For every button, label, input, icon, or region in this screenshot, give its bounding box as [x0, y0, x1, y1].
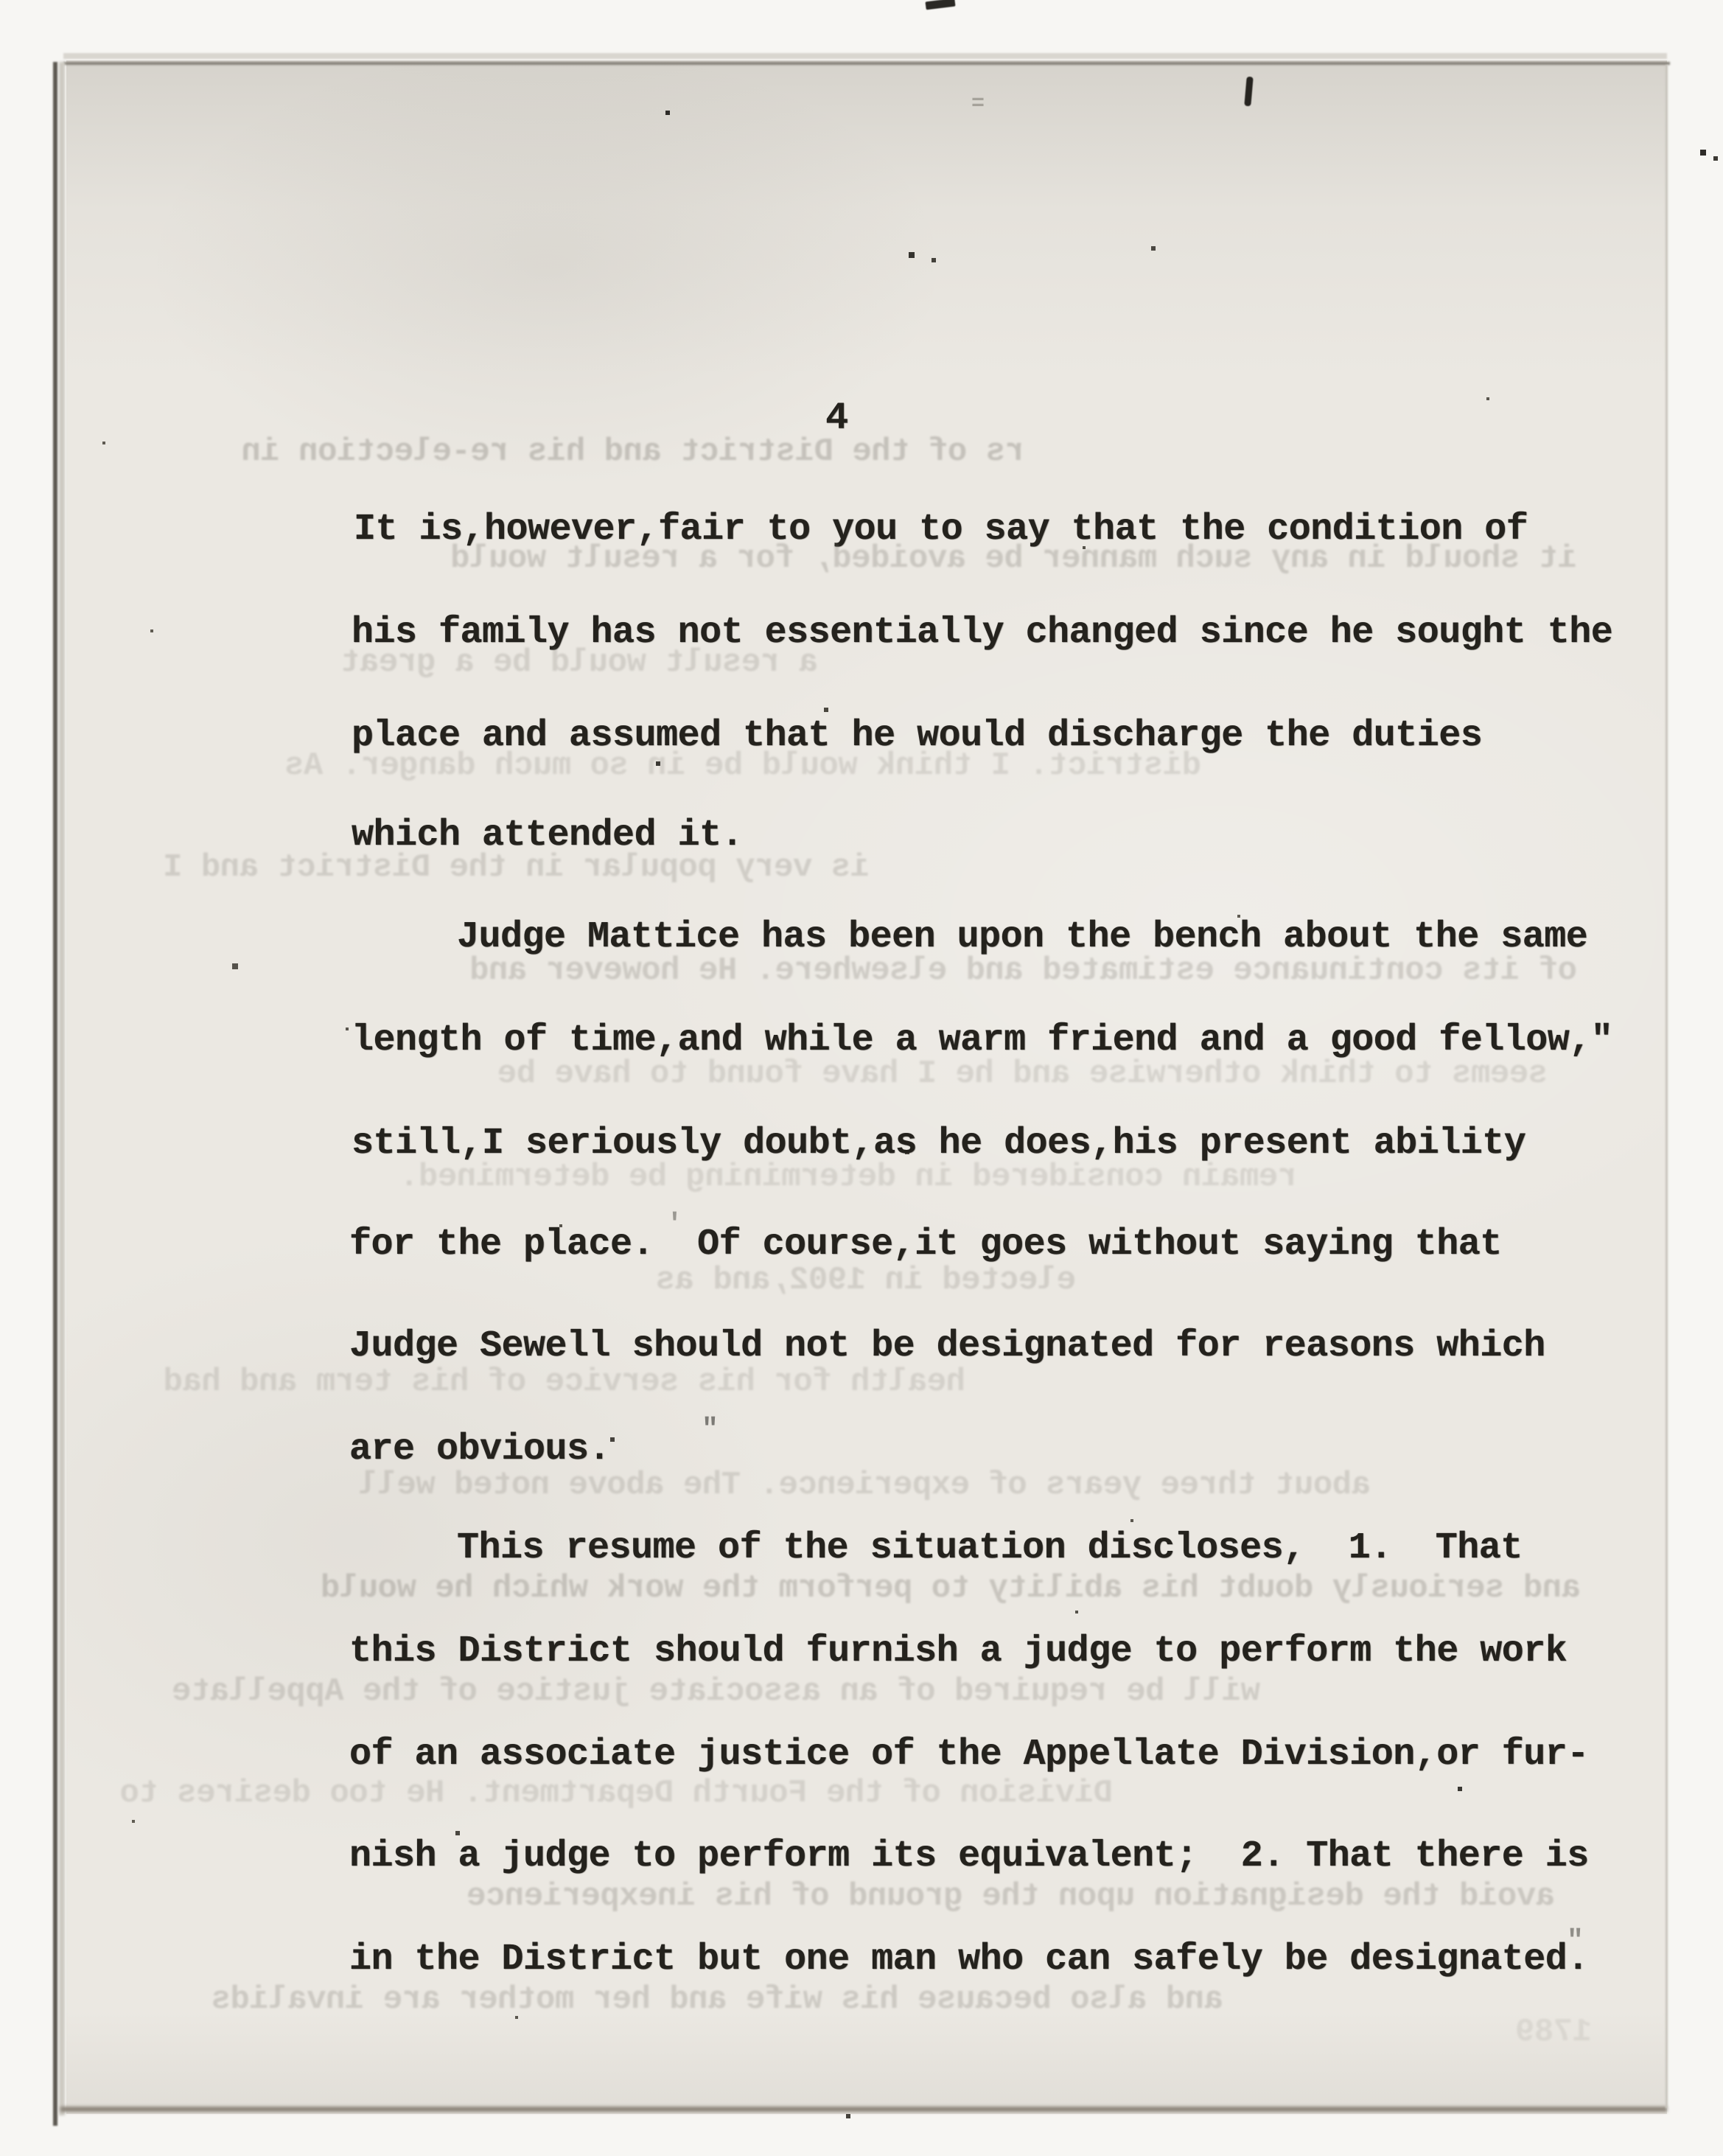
- ink-smudge-mark: [925, 0, 955, 10]
- bleedthrough-line: a result would be a great: [340, 644, 818, 681]
- typed-line: nish a judge to perform its equivalent; …: [349, 1835, 1589, 1877]
- typed-line: Judge Sewell should not be designated fo…: [349, 1325, 1545, 1367]
- bleedthrough-line: elected in 1902,and as: [656, 1262, 1076, 1299]
- bleedthrough-line: avoid the designation upon the ground of…: [466, 1878, 1555, 1915]
- typed-line: in the District but one man who can safe…: [349, 1939, 1589, 1981]
- bleedthrough-line: rs of the District and his re-election i…: [242, 433, 1024, 470]
- paper-left-edge-shadow: [53, 62, 57, 2126]
- faint-equals-mark: =: [971, 91, 985, 116]
- bleedthrough-line: it should in any such manner be avoided,…: [451, 540, 1577, 577]
- typed-line: for the place. Of course,it goes without…: [349, 1224, 1502, 1266]
- bleedthrough-line: of its continuance estimated and elsewhe…: [470, 952, 1577, 989]
- paper-specks: [0, 0, 1, 1]
- typed-line: are obvious.: [349, 1428, 610, 1471]
- bleedthrough-line: and also because his wife and her mother…: [212, 1981, 1223, 2018]
- bleedthrough-line: district. I think would be in so much da…: [285, 747, 1201, 784]
- bleedthrough-line: seems to think otherwise and he I have f…: [497, 1056, 1548, 1092]
- typed-line: This resume of the situation discloses, …: [457, 1527, 1523, 1569]
- bleedthrough-line: health for his service of his term and h…: [164, 1364, 965, 1400]
- typed-line: of an associate justice of the Appellate…: [349, 1734, 1589, 1776]
- typed-line: this District should furnish a judge to …: [349, 1630, 1567, 1672]
- bleedthrough-line: Division of the Fourth Department. He to…: [120, 1775, 1113, 1812]
- bleedthrough-line: will be required of an associate justice…: [172, 1673, 1260, 1710]
- bleedthrough-line: and seriously doubt his ability to perfo…: [321, 1570, 1581, 1607]
- scanned-document: = 4 It is,however,fair to you to say tha…: [0, 0, 1723, 2156]
- paper-left-edge-highlight: [59, 62, 65, 2115]
- stray-mark: ": [702, 1414, 719, 1445]
- bleedthrough-line: remain considered in determining be dete…: [399, 1159, 1297, 1196]
- bleedthrough-line: 1789: [1515, 2014, 1592, 2051]
- paper-top-edge-highlight: [63, 53, 1667, 59]
- stray-mark: ': [666, 1209, 683, 1241]
- stray-mark: ": [1567, 1925, 1584, 1957]
- bleedthrough-line: is very popular in the District and I: [164, 849, 870, 886]
- bleedthrough-line: about three years of experience. The abo…: [359, 1467, 1371, 1504]
